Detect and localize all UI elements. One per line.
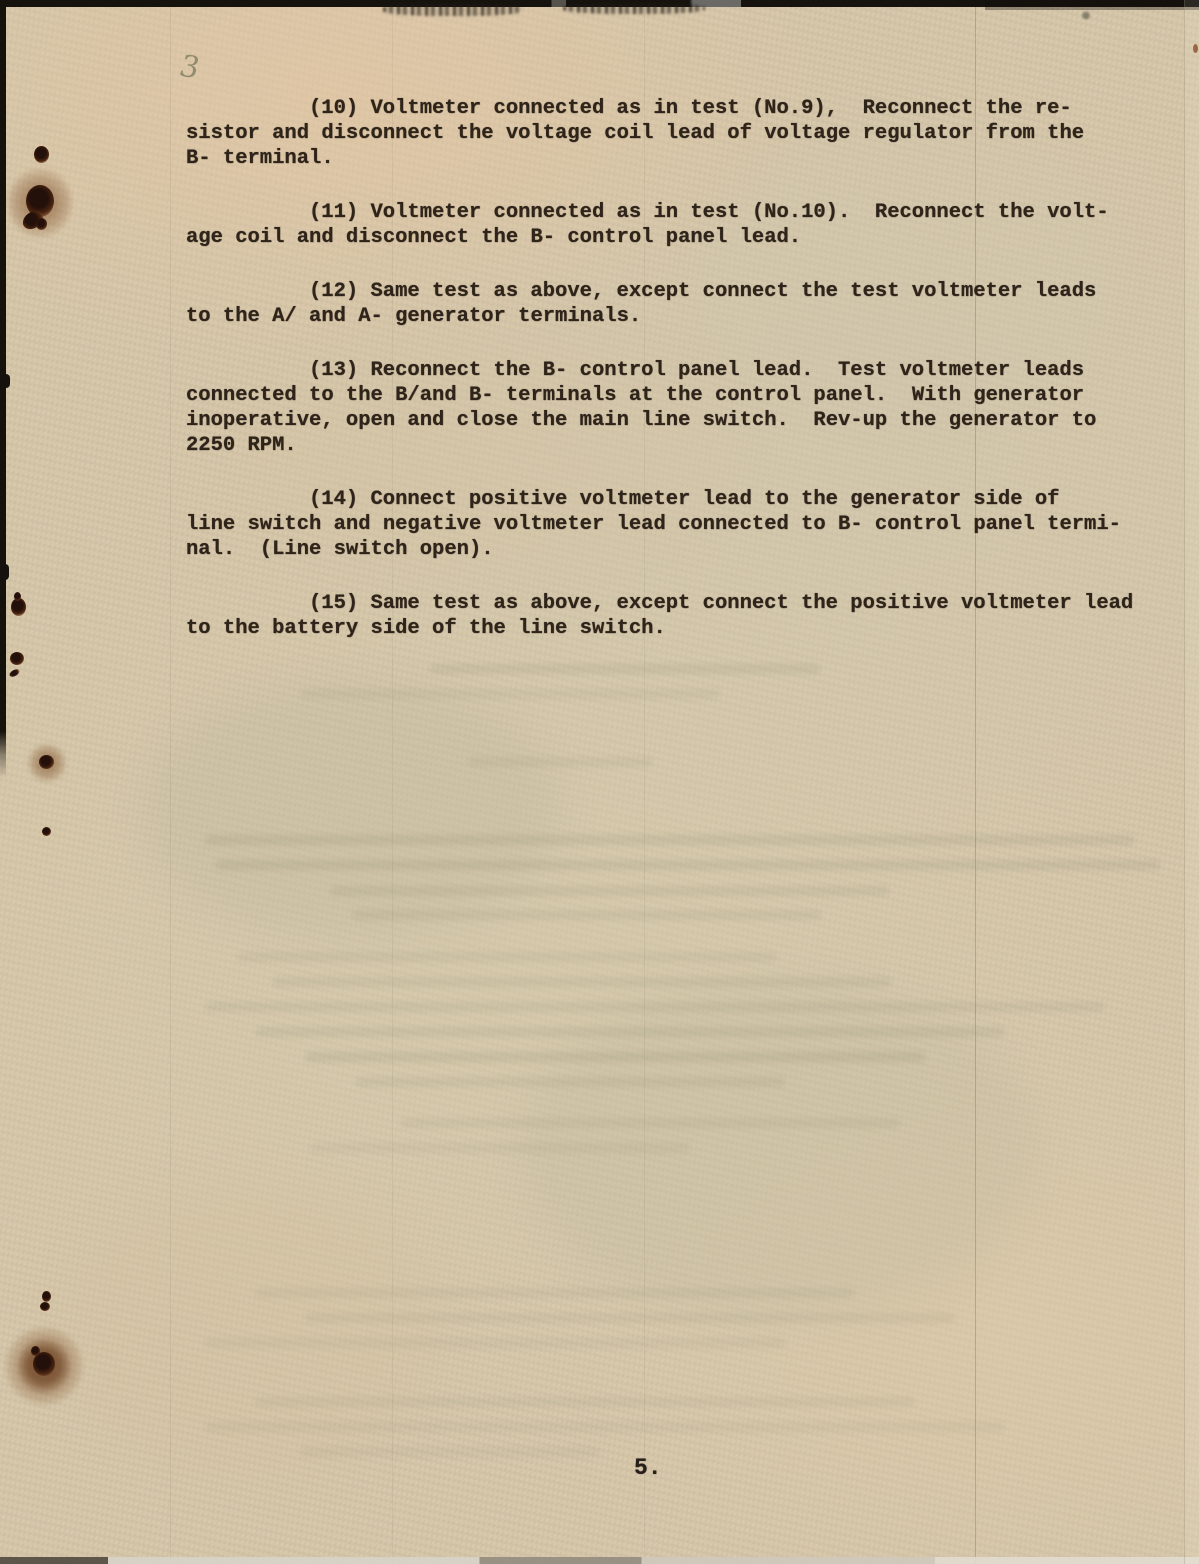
scan-edge-notch	[0, 374, 10, 388]
ink-stain	[42, 1291, 51, 1302]
scan-edge-top-right	[985, 0, 1199, 10]
ink-stain	[40, 1302, 50, 1311]
ink-stain	[42, 827, 51, 836]
ink-stain	[8, 668, 21, 679]
bleed-through-artifact	[468, 757, 653, 767]
handwritten-note: 3	[176, 49, 204, 86]
bleed-through-artifact	[300, 689, 720, 699]
bleed-through-artifact	[305, 1313, 955, 1323]
bleed-through-artifact	[300, 1447, 600, 1457]
ink-stain	[39, 755, 54, 769]
paragraph-15: (15) Same test as above, except connect …	[186, 591, 1161, 641]
paragraph-11: (11) Voltmeter connected as in test (No.…	[186, 200, 1161, 250]
paper-mottle	[140, 680, 560, 940]
bleed-through-artifact	[272, 977, 892, 987]
ink-stain	[10, 652, 24, 665]
faint-crease-line	[170, 7, 171, 1564]
bleed-through-artifact	[352, 910, 822, 920]
scan-edge-bottom	[0, 1557, 1199, 1564]
bleed-through-artifact	[255, 1027, 1005, 1037]
paragraph-14: (14) Connect positive voltmeter lead to …	[186, 487, 1161, 562]
ink-stain	[34, 146, 49, 163]
bleed-through-artifact	[205, 1422, 1005, 1432]
ink-stain	[36, 218, 47, 230]
scan-edge-notch	[0, 564, 9, 580]
paper-mottle	[520, 980, 1040, 1320]
bleed-through-artifact	[310, 1143, 690, 1153]
paragraph-10: (10) Voltmeter connected as in test (No.…	[186, 96, 1161, 171]
bleed-through-artifact	[400, 1118, 900, 1128]
bleed-through-artifact	[255, 1288, 855, 1298]
bleed-through-artifact	[255, 1397, 915, 1407]
bleed-through-artifact	[205, 1338, 785, 1348]
bleed-through-artifact	[205, 1002, 1105, 1012]
scan-smudge	[383, 3, 523, 16]
paper-speck	[1193, 44, 1198, 53]
page-number: 5.	[634, 1455, 662, 1481]
scan-edge-left	[0, 0, 6, 778]
bleed-through-artifact	[305, 1052, 925, 1062]
bleed-through-artifact	[330, 886, 890, 896]
paragraph-13: (13) Reconnect the B- control panel lead…	[186, 358, 1161, 458]
paragraph-12: (12) Same test as above, except connect …	[186, 279, 1161, 329]
scanned-document-page: 3 (10) Voltmeter connected as in test (N…	[0, 0, 1199, 1564]
bleed-through-artifact	[355, 1077, 785, 1087]
page-right-edge	[1184, 0, 1199, 1564]
bleed-through-artifact	[215, 860, 1160, 870]
paper-mottle	[60, 1180, 440, 1480]
scan-smudge	[563, 3, 705, 14]
typed-text-block: (10) Voltmeter connected as in test (No.…	[186, 96, 1161, 670]
burn-stain-dot	[31, 1346, 40, 1356]
ink-stain	[14, 592, 21, 601]
paper-speck	[1080, 11, 1092, 20]
bleed-through-artifact	[205, 835, 1135, 845]
bleed-through-artifact	[237, 952, 777, 962]
